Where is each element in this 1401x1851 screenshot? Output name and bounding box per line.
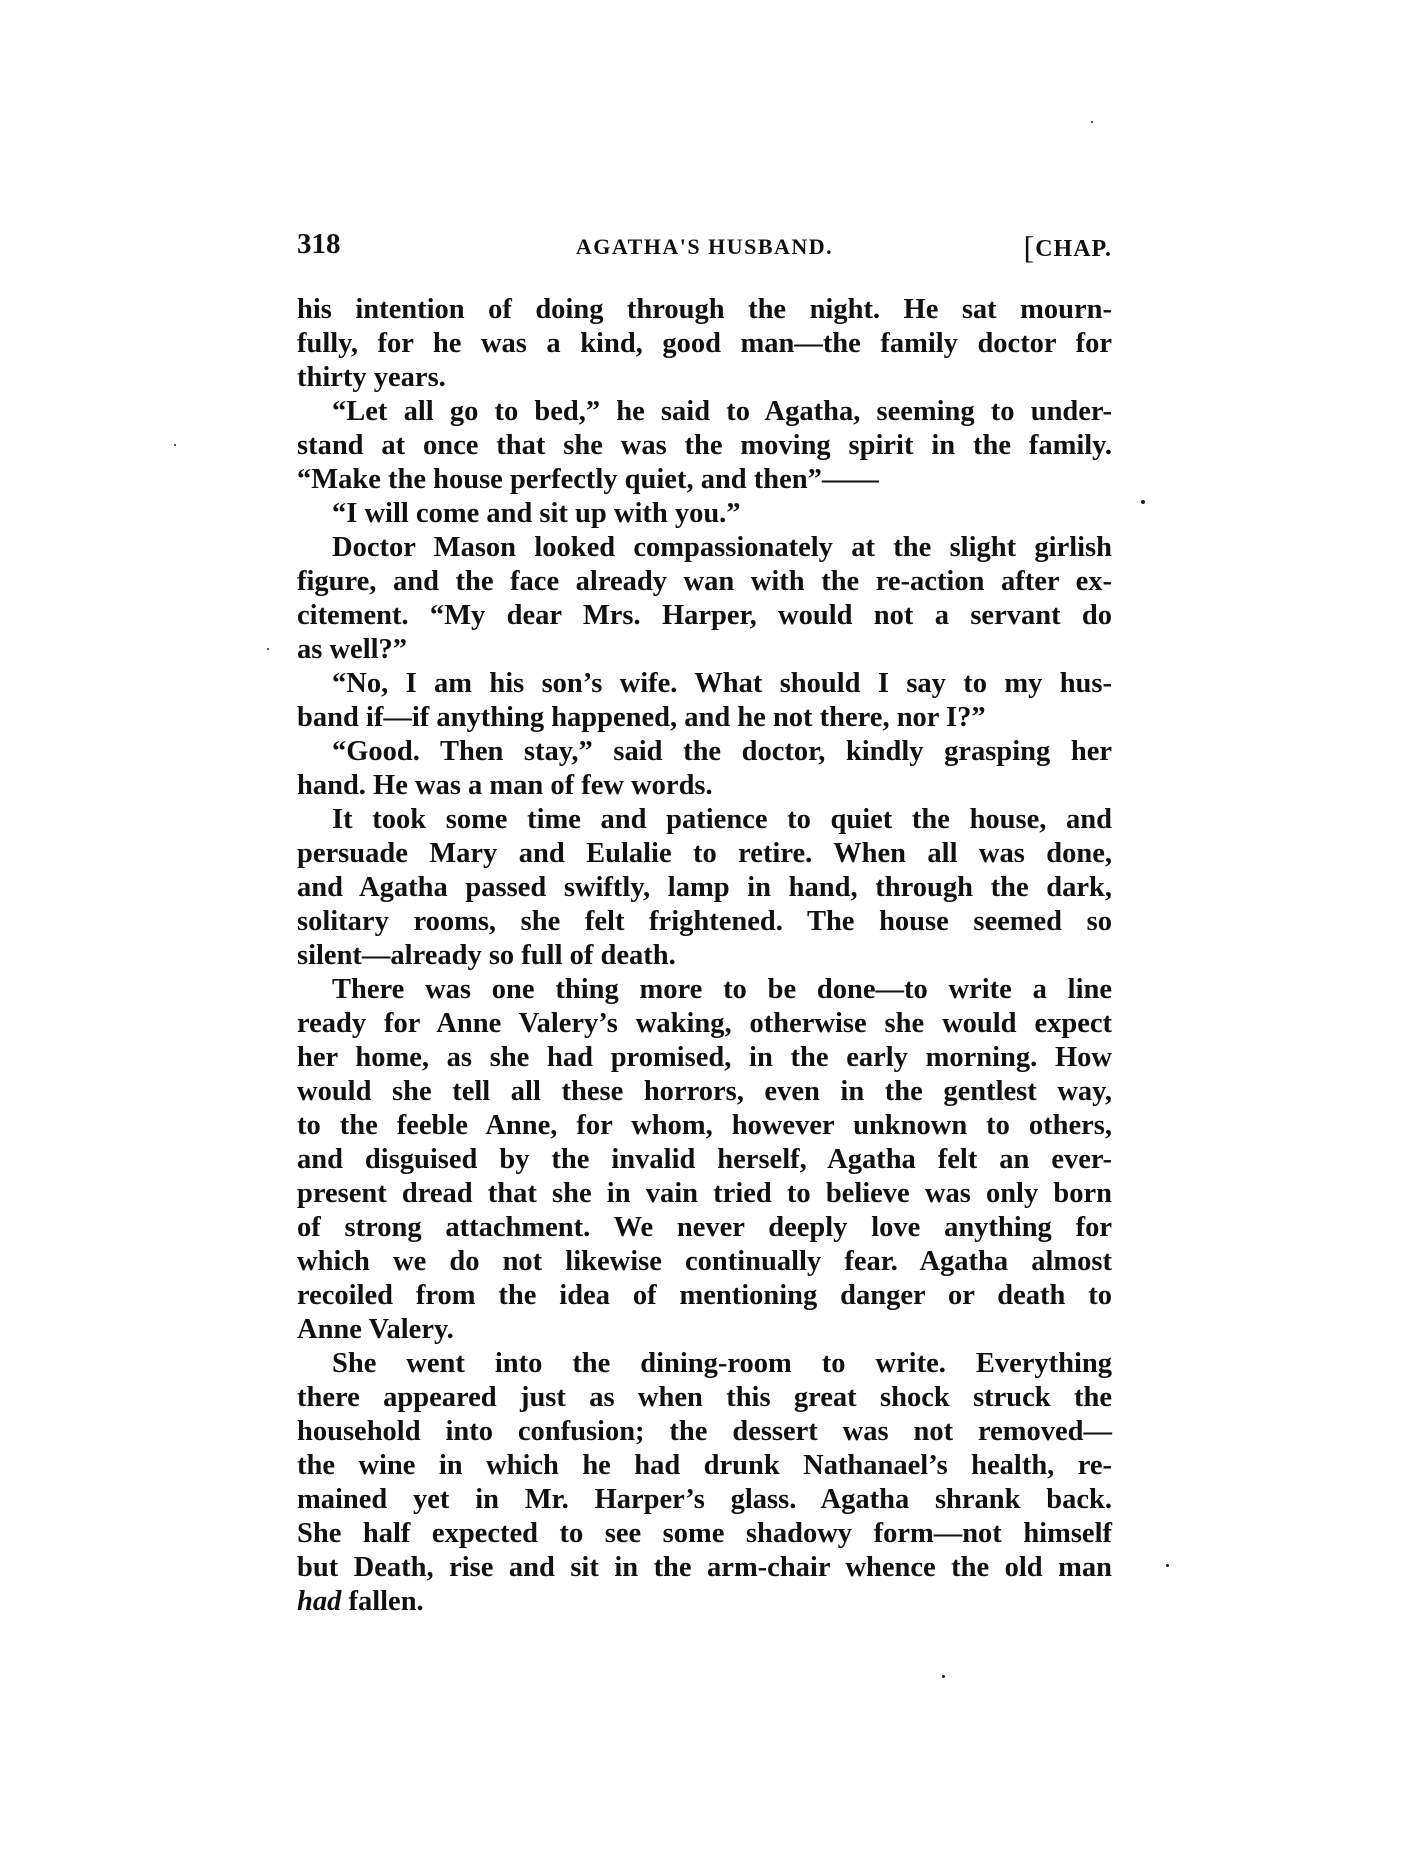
text-line: citement. “My dear Mrs. Harper, would no… <box>297 599 1112 633</box>
text-line: It took some time and patience to quiet … <box>297 803 1112 837</box>
text-line: Doctor Mason looked compassionately at t… <box>297 531 1112 565</box>
book-page: 318 AGATHA'S HUSBAND. [CHAP. his intenti… <box>0 0 1401 1851</box>
text-line: there appeared just as when this great s… <box>297 1381 1112 1415</box>
text-line: “No, I am his son’s wife. What should I … <box>297 667 1112 701</box>
text-line: recoiled from the idea of mentioning dan… <box>297 1279 1112 1313</box>
text-line: Anne Valery. <box>297 1313 1112 1347</box>
text-line: her home, as she had promised, in the ea… <box>297 1041 1112 1075</box>
text-line: and disguised by the invalid herself, Ag… <box>297 1143 1112 1177</box>
text-line: household into confusion; the dessert wa… <box>297 1415 1112 1449</box>
scan-speck <box>267 648 269 650</box>
text-line: persuade Mary and Eulalie to retire. Whe… <box>297 837 1112 871</box>
text-line: solitary rooms, she felt frightened. The… <box>297 905 1112 939</box>
text-line: band if—if anything happened, and he not… <box>297 701 1112 735</box>
text-line: stand at once that she was the moving sp… <box>297 429 1112 463</box>
final-text-line: had fallen. <box>297 1585 1112 1619</box>
text-line: “I will come and sit up with you.” <box>297 497 1112 531</box>
scan-speck <box>942 1675 945 1678</box>
text-line: but Death, rise and sit in the arm-chair… <box>297 1551 1112 1585</box>
italic-emphasis: had <box>297 1586 341 1617</box>
text-line: would she tell all these horrors, even i… <box>297 1075 1112 1109</box>
text-line: and Agatha passed swiftly, lamp in hand,… <box>297 871 1112 905</box>
text-line: “Good. Then stay,” said the doctor, kind… <box>297 735 1112 769</box>
text-line: as well?” <box>297 633 1112 667</box>
scan-speck <box>1091 121 1093 123</box>
text-line: ready for Anne Valery’s waking, otherwis… <box>297 1007 1112 1041</box>
text-line: the wine in which he had drunk Nathanael… <box>297 1449 1112 1483</box>
text-line: his intention of doing through the night… <box>297 293 1112 327</box>
text-line: “Make the house perfectly quiet, and the… <box>297 463 1112 497</box>
chapter-bracket: [ <box>1024 229 1036 265</box>
text-line: She went into the dining-room to write. … <box>297 1347 1112 1381</box>
text-line: to the feeble Anne, for whom, however un… <box>297 1109 1112 1143</box>
text-line: There was one thing more to be done—to w… <box>297 973 1112 1007</box>
final-line-rest: fallen. <box>341 1586 423 1617</box>
text-line: present dread that she in vain tried to … <box>297 1177 1112 1211</box>
text-line: hand. He was a man of few words. <box>297 769 1112 803</box>
text-line: thirty years. <box>297 361 1112 395</box>
text-line: silent—already so full of death. <box>297 939 1112 973</box>
body-text: his intention of doing through the night… <box>297 293 1112 1619</box>
text-line: of strong attachment. We never deeply lo… <box>297 1211 1112 1245</box>
text-line: mained yet in Mr. Harper’s glass. Agatha… <box>297 1483 1112 1517</box>
text-line: figure, and the face already wan with th… <box>297 565 1112 599</box>
scan-speck <box>174 444 176 446</box>
text-line: She half expected to see some shadowy fo… <box>297 1517 1112 1551</box>
text-line: “Let all go to bed,” he said to Agatha, … <box>297 395 1112 429</box>
text-line: fully, for he was a kind, good man—the f… <box>297 327 1112 361</box>
scan-speck <box>1166 1564 1169 1567</box>
chapter-marker: [CHAP. <box>1024 229 1112 265</box>
running-head: 318 AGATHA'S HUSBAND. [CHAP. <box>297 228 1112 260</box>
chapter-label: CHAP. <box>1035 236 1112 262</box>
text-line: which we do not likewise continually fea… <box>297 1245 1112 1279</box>
running-title: AGATHA'S HUSBAND. <box>297 231 1112 263</box>
scan-speck <box>1141 500 1145 504</box>
